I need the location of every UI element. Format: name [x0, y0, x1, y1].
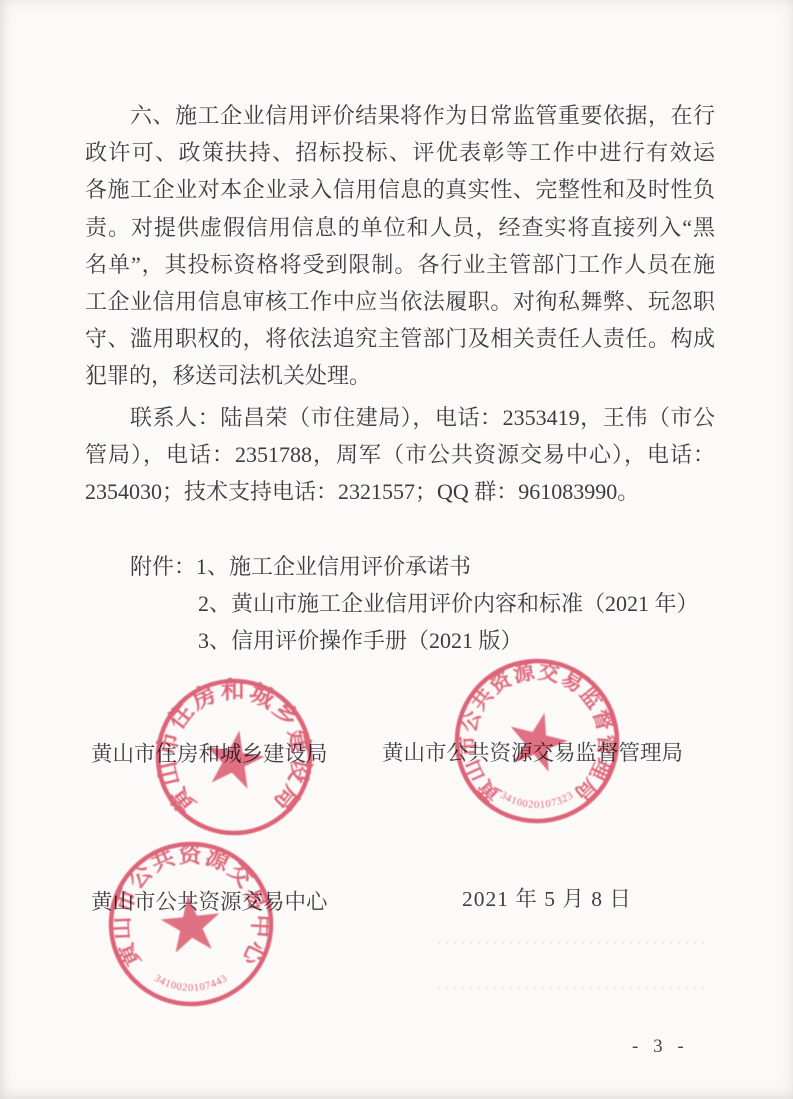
attachment-row: 附件：1、施工企业信用评价承诺书	[85, 548, 715, 585]
paragraph-contacts: 联系人：陆昌荣（市住建局），电话：2353419，王伟（市公 管局），电话：23…	[85, 399, 715, 511]
attachments-label: 附件：	[130, 554, 196, 579]
text-line: 责。对提供虚假信用信息的单位和人员，经查实将直接列入“黑	[85, 209, 715, 246]
paragraph-credit-evaluation: 六、施工企业信用评价结果将作为日常监管重要依据，在行 政许可、政策扶持、招标投标…	[85, 97, 715, 395]
scan-noise	[438, 942, 708, 945]
document-page: 六、施工企业信用评价结果将作为日常监管重要依据，在行 政许可、政策扶持、招标投标…	[0, 0, 793, 1099]
text-line: 工企业信用信息审核工作中应当依法履职。对徇私舞弊、玩忽职	[85, 283, 715, 320]
official-seal-supervision-bureau: 黄山市公共资源交易监督管理局 3410020107323	[437, 641, 637, 841]
attachment-row: 2、黄山市施工企业信用评价内容和标准（2021 年）	[85, 585, 715, 622]
star-icon	[201, 725, 269, 790]
text-line: 联系人：陆昌荣（市住建局），电话：2353419，王伟（市公	[85, 399, 715, 436]
text-line: 管局），电话：2351788，周军（市公共资源交易中心），电话：	[85, 436, 715, 473]
text-line: 2354030；技术支持电话：2321557；QQ 群：961083990。	[85, 473, 715, 510]
text-line: 六、施工企业信用评价结果将作为日常监管重要依据，在行	[85, 97, 715, 134]
signature-date: 2021 年 5 月 8 日	[462, 884, 632, 914]
text-line: 犯罪的，移送司法机关处理。	[85, 357, 715, 394]
text-line: 各施工企业对本企业录入信用信息的真实性、完整性和及时性负	[85, 171, 715, 208]
text-line: 名单”，其投标资格将受到限制。各行业主管部门工作人员在施	[85, 246, 715, 283]
seal-number: 3410020107323	[498, 790, 576, 811]
star-icon	[158, 892, 223, 954]
seal-number: 3410020107443	[152, 973, 230, 994]
page-number: - 3 -	[632, 1036, 689, 1058]
text-line: 政许可、政策扶持、招标投标、评优表彰等工作中进行有效运用。	[85, 134, 715, 171]
attachment-item: 2、黄山市施工企业信用评价内容和标准（2021 年）	[198, 591, 699, 616]
attachment-item: 1、施工企业信用评价承诺书	[196, 554, 471, 579]
scan-noise	[438, 986, 706, 989]
official-seal-trade-center: 黄山市公共资源交易中心 3410020107443	[91, 824, 291, 1024]
text-line: 守、滥用职权的，将依法追究主管部门及相关责任人责任。构成	[85, 320, 715, 357]
star-icon	[502, 706, 573, 775]
